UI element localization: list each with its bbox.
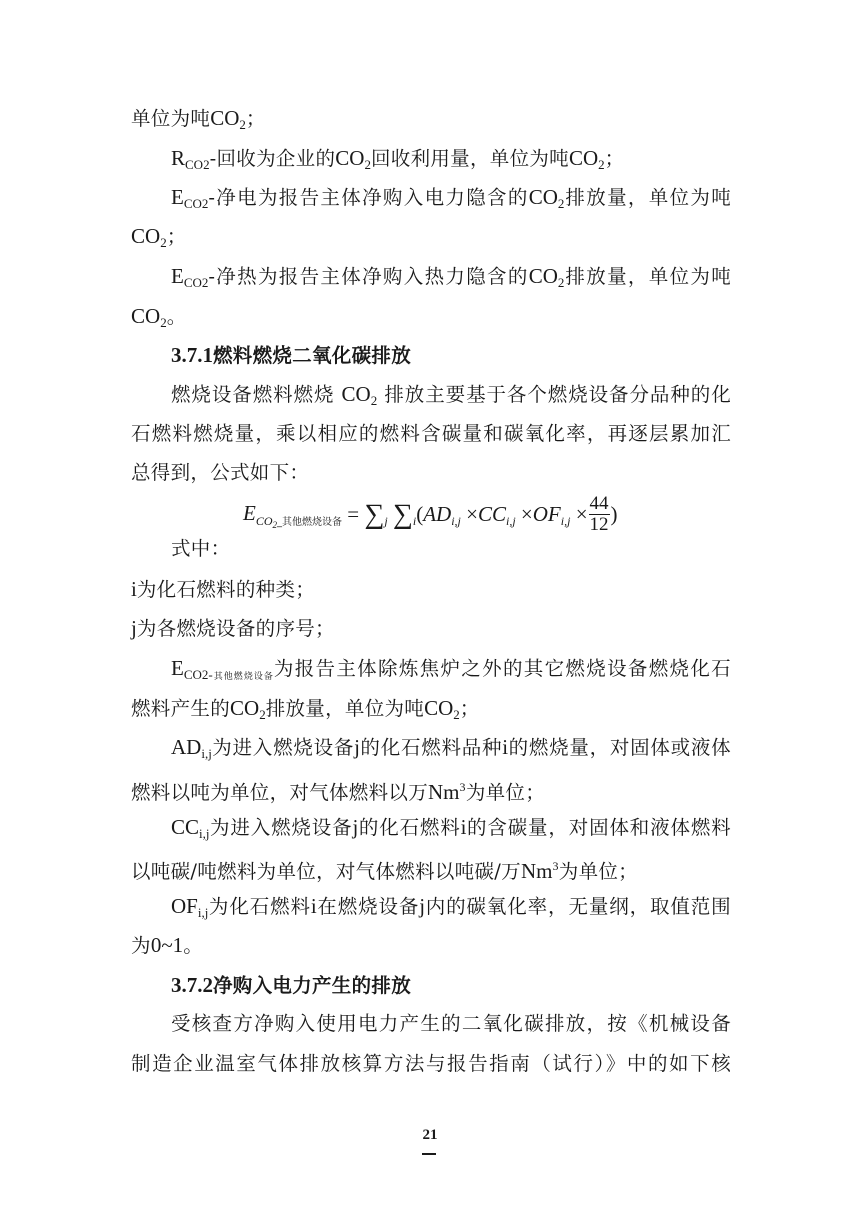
paragraph-line: 燃料产生的CO2排放量，单位为吨CO2； bbox=[131, 688, 480, 728]
paragraph-line: 受核查方净购入使用电力产生的二氧化碳排放，按《机械设备 bbox=[171, 1004, 731, 1044]
definition-e-co2-net-electricity: ECO2-净电为报告主体净购入电力隐含的CO2排放量，单位为吨 bbox=[171, 177, 731, 217]
definition-cc: CCi,j为进入燃烧设备j的化石燃料i的含碳量，对固体和液体燃料 bbox=[171, 807, 731, 847]
fraction-44-12: 4412 bbox=[589, 494, 610, 535]
section-heading-3-7-1: 3.7.1燃料燃烧二氧化碳排放 bbox=[171, 335, 411, 375]
paragraph-line: 式中： bbox=[171, 529, 230, 569]
paragraph-line: 燃烧设备燃料燃烧 CO2 排放主要基于各个燃烧设备分品种的化 bbox=[171, 374, 731, 414]
definition-j: j为各燃烧设备的序号； bbox=[131, 608, 335, 648]
definition-r-co2-recovery: RCO2-回收为企业的CO2回收利用量，单位为吨CO2； bbox=[171, 138, 624, 178]
paragraph-line: 制造企业温室气体排放核算方法与报告指南（试行）》中的如下核 bbox=[131, 1044, 731, 1084]
definition-i: i为化石燃料的种类； bbox=[131, 569, 315, 609]
paragraph-line: CO2； bbox=[131, 216, 187, 256]
paragraph-line: 以吨碳/吨燃料为单位，对气体燃料以吨碳/万Nm3为单位； bbox=[131, 846, 638, 886]
definition-ad: ADi,j为进入燃烧设备j的化石燃料品种i的燃烧量，对固体或液体 bbox=[171, 727, 731, 767]
paragraph-line: 总得到，公式如下： bbox=[131, 453, 309, 493]
paragraph-line: 石燃料燃烧量，乘以相应的燃料含碳量和碳氧化率，再逐层累加汇 bbox=[131, 414, 731, 454]
paragraph-line: 单位为吨CO2； bbox=[131, 98, 266, 138]
definition-e-co2-other-equipment: ECO2-其他燃烧设备为报告主体除炼焦炉之外的其它燃烧设备燃烧化石 bbox=[171, 648, 731, 688]
paragraph-line: CO2。 bbox=[131, 296, 187, 336]
paragraph-line: 为0~1。 bbox=[131, 925, 203, 965]
section-heading-3-7-2: 3.7.2净购入电力产生的排放 bbox=[171, 965, 411, 1005]
page-number-underline bbox=[422, 1153, 436, 1155]
summation-symbol: ∑ bbox=[364, 499, 384, 531]
definition-e-co2-net-heat: ECO2-净热为报告主体净购入热力隐含的CO2排放量，单位为吨 bbox=[171, 256, 731, 296]
page-number: 21 bbox=[0, 1127, 860, 1144]
paragraph-line: 燃料以吨为单位，对气体燃料以万Nm3为单位； bbox=[131, 767, 545, 807]
definition-of: OFi,j为化石燃料i在燃烧设备j内的碳氧化率，无量纲，取值范围 bbox=[171, 886, 731, 926]
summation-symbol: ∑ bbox=[393, 499, 413, 531]
emission-formula: ECO2_其他燃烧设备 = ∑j ∑i(ADi,j ×CCi,j ×OFi,j … bbox=[243, 494, 663, 544]
